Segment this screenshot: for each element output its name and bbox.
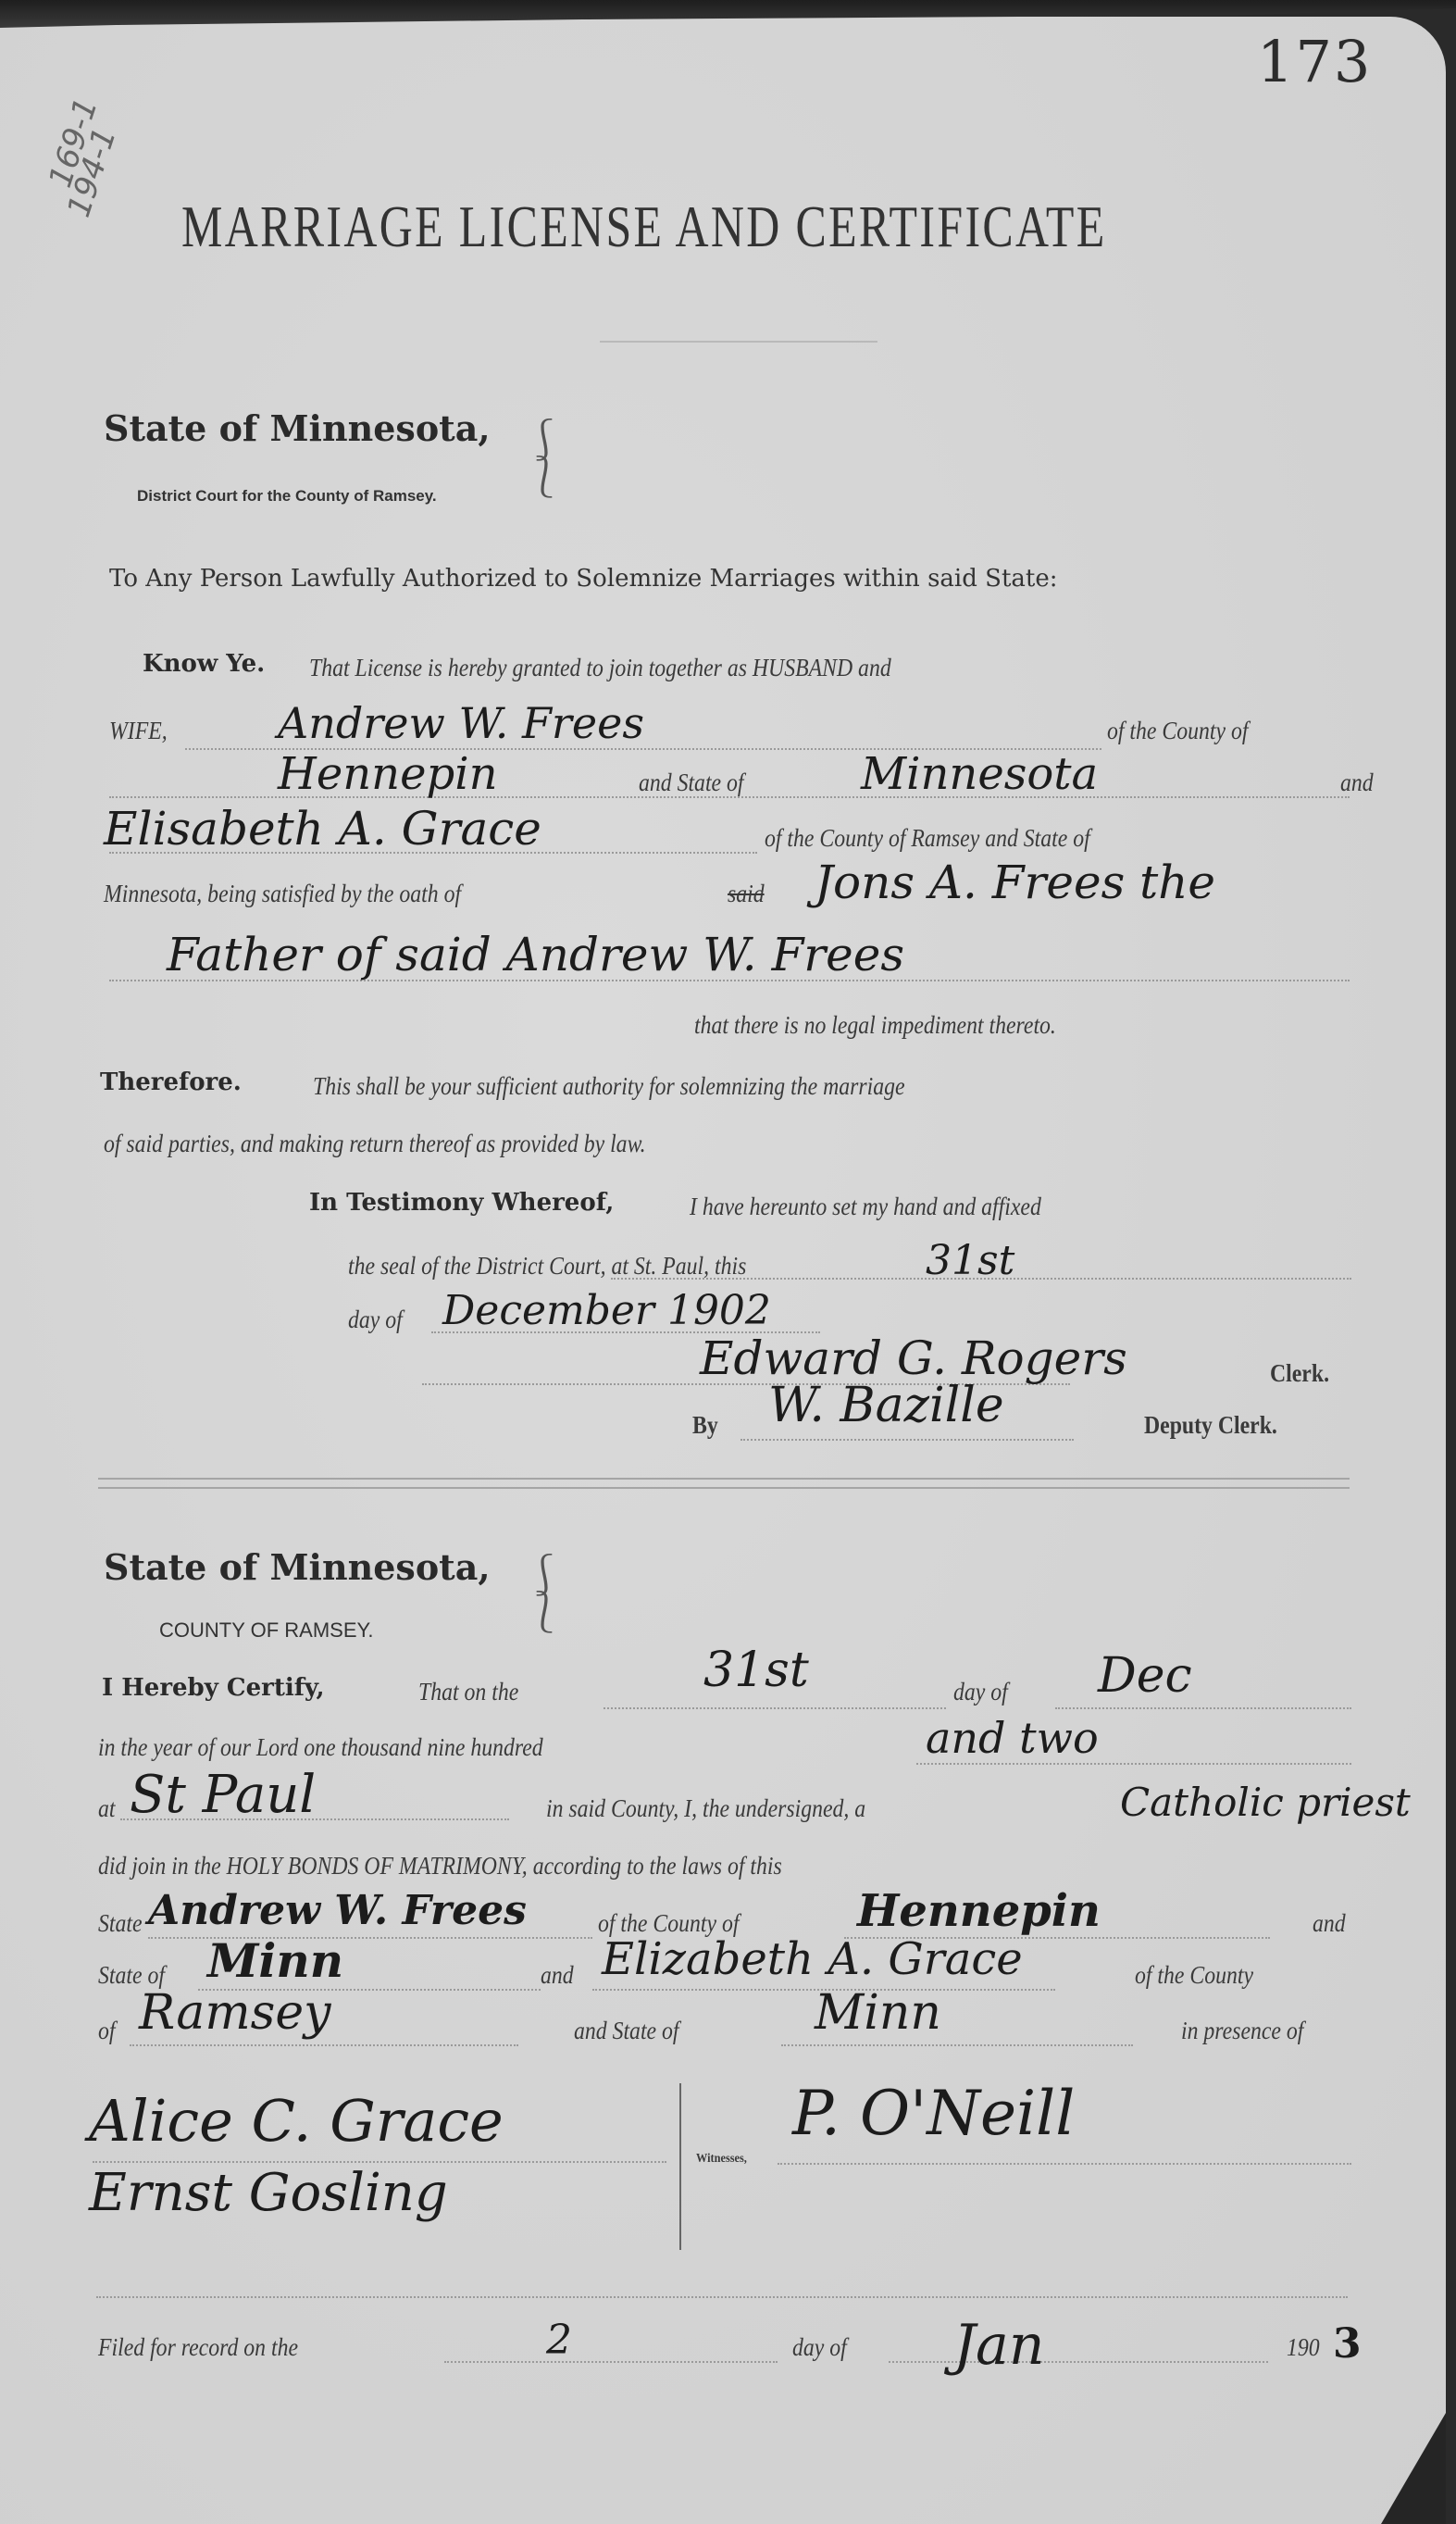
document-page: 169-1 194-1 173 MARRIAGE LICENSE AND CER…	[0, 17, 1446, 2524]
in-said-county-label: in said County, I, the undersigned, a	[546, 1794, 865, 1823]
cert-wife-state-handwritten: Minn	[815, 1985, 941, 2041]
brace-icon: ⎰⎱	[524, 1557, 565, 1631]
know-ye-text: That License is hereby granted to join t…	[309, 654, 891, 682]
of-the-county-label: of the County	[1135, 1961, 1253, 1990]
cert-month-handwritten: Dec	[1098, 1648, 1192, 1704]
clerk-label: Clerk.	[1270, 1359, 1329, 1388]
year-line-label: in the year of our Lord one thousand nin…	[98, 1733, 543, 1762]
cert-of-label: of	[98, 2017, 115, 2045]
officiant-signature-line	[778, 2163, 1351, 2165]
issue-day-handwritten: 31st	[926, 1237, 1014, 1284]
cert-day-of-label: day of	[953, 1678, 1008, 1706]
and-state-of-label: and State of	[639, 768, 744, 797]
struck-word: said	[728, 880, 765, 908]
wife-name-handwritten: Elisabeth A. Grace	[104, 802, 541, 856]
filed-day-field-line	[444, 2361, 778, 2363]
know-ye-lead: Know Ye.	[143, 650, 265, 678]
cert-day-field-line	[604, 1707, 946, 1709]
testimony-lead: In Testimony Whereof,	[309, 1189, 614, 1217]
day-of-label: day of	[348, 1306, 403, 1334]
section-divider-1	[98, 1478, 1350, 1480]
cert-wife-county-field-line	[130, 2044, 518, 2046]
no-impediment-label: that there is no legal impediment theret…	[694, 1011, 1056, 1040]
deputy-signature-line	[740, 1439, 1074, 1441]
officiant-signature: P. O'Neill	[792, 2078, 1075, 2149]
page-number: 173	[1257, 28, 1372, 95]
certificate-state-heading: State of Minnesota,	[104, 1546, 491, 1588]
license-state-heading: State of Minnesota,	[104, 407, 491, 449]
filed-label: Filed for record on the	[98, 2333, 298, 2362]
cert-wife-county-handwritten: Ramsey	[139, 1985, 331, 2041]
deputy-clerk-label: Deputy Clerk.	[1144, 1411, 1277, 1440]
issue-month-year-handwritten: December 1902	[442, 1287, 771, 1334]
officiant-title-handwritten: Catholic priest	[1120, 1780, 1411, 1825]
title-rule	[600, 341, 877, 343]
of-county-label: of the County of	[1107, 717, 1248, 745]
therefore-text-2: of said parties, and making return there…	[104, 1130, 646, 1158]
cert-year-handwritten: and two	[926, 1713, 1099, 1763]
cert-year-field-line	[916, 1763, 1351, 1765]
section-divider-2	[98, 1487, 1350, 1489]
cert-day-handwritten: 31st	[703, 1643, 809, 1698]
that-on-the-label: That on the	[418, 1678, 518, 1706]
license-court: District Court for the County of Ramsey.	[137, 487, 437, 506]
filed-month-handwritten: Jan	[953, 2313, 1044, 2378]
husband-name-handwritten: Andrew W. Frees	[278, 698, 644, 748]
by-label: By	[692, 1411, 718, 1440]
certificate-county: COUNTY OF RAMSEY.	[159, 1618, 373, 1643]
cert-and-state-of-label: and State of	[574, 2017, 679, 2045]
cert-place-handwritten: St Paul	[130, 1765, 316, 1825]
witness-bracket	[679, 2083, 681, 2250]
husband-county-handwritten: Hennepin	[278, 748, 498, 800]
did-join-label: did join in the HOLY BONDS OF MATRIMONY,…	[98, 1852, 782, 1881]
cert-wife-state-field-line	[781, 2044, 1133, 2046]
brace-icon: ⎰⎱	[524, 422, 565, 496]
witnesses-label: Witnesses,	[696, 2152, 747, 2167]
cert-and-label-2: and	[541, 1961, 574, 1990]
and-label: and	[1340, 768, 1374, 797]
testimony-text-2: the seal of the District Court, at St. P…	[348, 1252, 746, 1281]
cert-husband-county-handwritten: Hennepin	[857, 1885, 1101, 1937]
witness-2-signature: Ernst Gosling	[89, 2163, 448, 2223]
page-corner-shadow	[1381, 2413, 1446, 2524]
filed-year-prefix: 190	[1287, 2333, 1320, 2362]
filed-day-handwritten: 2	[546, 2317, 572, 2364]
therefore-text-1: This shall be your sufficient authority …	[313, 1072, 905, 1101]
husband-state-handwritten: Minnesota	[861, 748, 1098, 800]
deputy-signature: W. Bazille	[768, 1378, 1004, 1433]
know-ye-line: Know Ye.	[143, 650, 265, 678]
filed-day-of-label: day of	[792, 2333, 847, 2362]
document-title: MARRIAGE LICENSE AND CERTIFICATE	[181, 193, 1107, 261]
license-address-line: To Any Person Lawfully Authorized to Sol…	[109, 565, 1058, 593]
wife-label: WIFE,	[109, 717, 168, 745]
of-county-ramsey-label: of the County of Ramsey and State of	[765, 824, 1090, 853]
filed-month-field-line	[889, 2361, 1268, 2363]
cert-month-field-line	[1055, 1707, 1351, 1709]
witness-1-signature: Alice C. Grace	[89, 2087, 504, 2155]
cert-and-label: and	[1313, 1909, 1346, 1938]
state-label: State	[98, 1909, 143, 1938]
at-label: at	[98, 1794, 115, 1823]
oath-of-cont-handwritten: Father of said Andrew W. Frees	[167, 928, 904, 981]
filed-year-suffix-handwritten: 3	[1333, 2320, 1362, 2368]
being-satisfied-label: Minnesota, being satisfied by the oath o…	[104, 880, 461, 908]
certify-lead: I Hereby Certify,	[102, 1674, 325, 1702]
oath-of-handwritten: Jons A. Frees the	[815, 856, 1215, 909]
filing-divider	[96, 2296, 1348, 2298]
in-presence-label: in presence of	[1181, 2017, 1303, 2045]
cert-wife-name-handwritten: Elizabeth A. Grace	[602, 1933, 1023, 1985]
therefore-lead: Therefore.	[100, 1068, 242, 1096]
cert-husband-name-handwritten: Andrew W. Frees	[148, 1887, 527, 1934]
cert-husband-state-handwritten: Minn	[207, 1933, 343, 1988]
testimony-text-1: I have hereunto set my hand and affixed	[690, 1193, 1041, 1221]
